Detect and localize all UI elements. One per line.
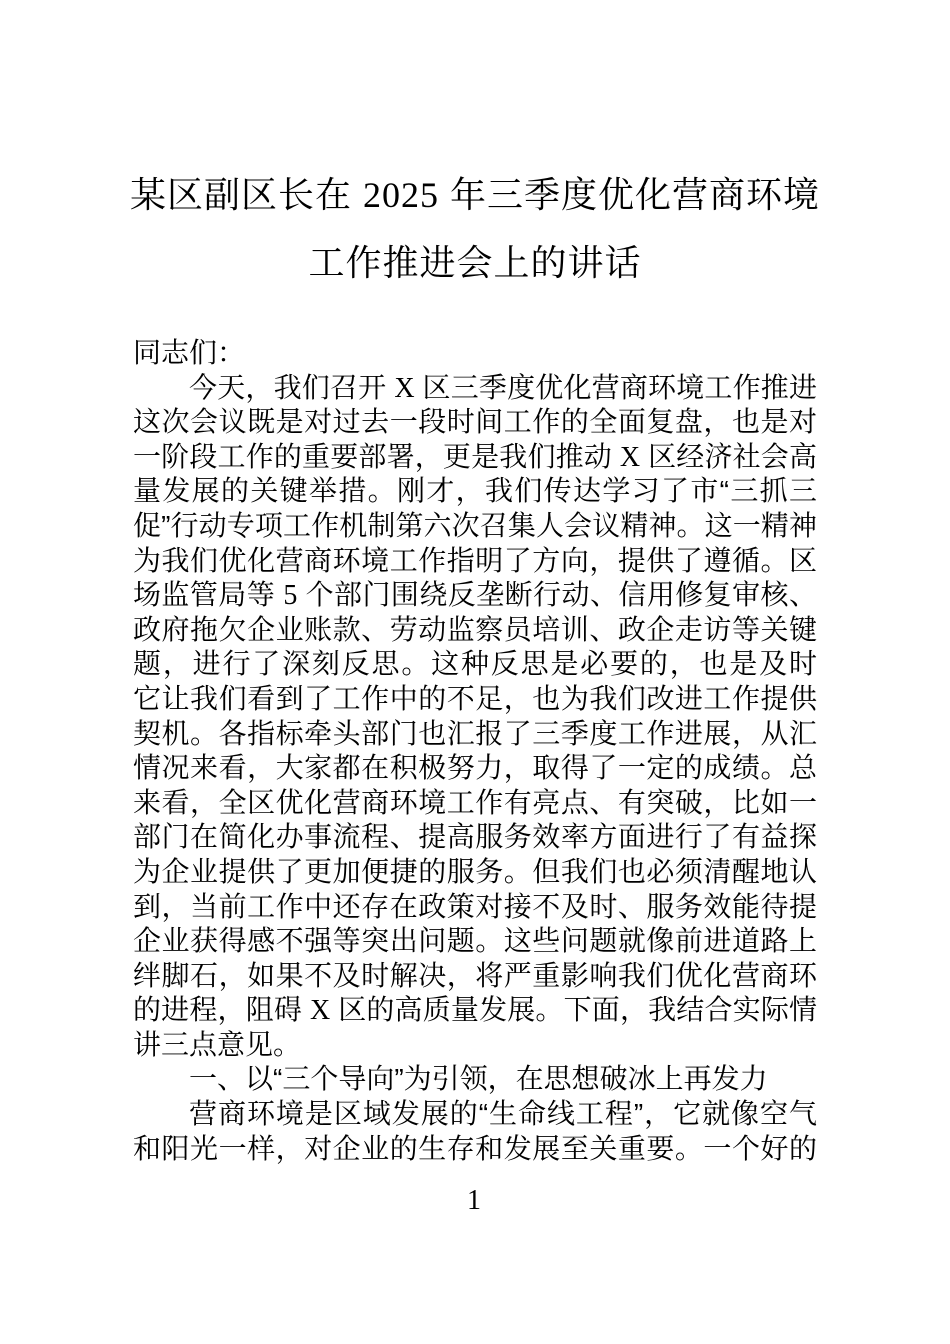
section-heading: 一、以“三个导向”为引领，在思想破冰上再发力 [133, 1062, 817, 1097]
latin-text: X [310, 995, 330, 1026]
text-line: 情况来看，大家都在积极努力，取得了一定的成绩。总体 [133, 751, 817, 786]
page-number: 1 [0, 1184, 948, 1218]
title-line-2: 工作推进会上的讲话 [0, 229, 950, 297]
document-page: 某区副区长在 2025 年三季度优化营商环境 工作推进会上的讲话 同志们：今天，… [0, 0, 950, 1344]
text-line: 一阶段工作的重要部署，更是我们推动 X 区经济社会高质 [133, 440, 817, 475]
text-line: 绊脚石，如果不及时解决，将严重影响我们优化营商环境 [133, 959, 817, 994]
text-line: 部门在简化办事流程、提高服务效率方面进行了有益探索 [133, 820, 817, 855]
text-line: 政府拖欠企业账款、劳动监察员培训、政企走访等关键问 [133, 613, 817, 648]
text-line: 企业获得感不强等突出问题。这些问题就像前进道路上的 [133, 924, 817, 959]
text-line: 题，进行了深刻反思。这种反思是必要的，也是及时的， [133, 647, 817, 682]
text-line: 为企业提供了更加便捷的服务。但我们也必须清醒地认识 [133, 855, 817, 890]
latin-text: 2025 [363, 175, 439, 215]
text-line: 促”行动专项工作机制第六次召集人会议精神。这一精神 [133, 509, 817, 544]
latin-text: X [394, 373, 414, 404]
text-line: 到，当前工作中还存在政策对接不及时、服务效能待提升 [133, 890, 817, 925]
text-line: 它让我们看到了工作中的不足，也为我们改进工作提供了 [133, 682, 817, 717]
text-line: 和阳光一样，对企业的生存和发展至关重要。一个好的营 [133, 1132, 817, 1167]
text-line: 同志们： [133, 336, 817, 371]
text-line: 讲三点意见。 [133, 1028, 817, 1063]
title-line-1: 某区副区长在 2025 年三季度优化营商环境 [0, 161, 950, 229]
latin-text: X [620, 442, 640, 473]
text-line: 今天，我们召开 X 区三季度优化营商环境工作推进会。 [133, 371, 817, 406]
text-line: 这次会议既是对过去一段时间工作的全面复盘，也是对下 [133, 405, 817, 440]
latin-text: 5 [283, 580, 297, 611]
text-line: 场监管局等 5 个部门围绕反垄断行动、信用修复审核、清理 [133, 578, 817, 613]
text-line: 契机。各指标牵头部门也汇报了三季度工作进展，从汇报 [133, 717, 817, 752]
document-body: 同志们：今天，我们召开 X 区三季度优化营商环境工作推进会。这次会议既是对过去一… [133, 336, 817, 1166]
text-line: 营商环境是区域发展的“生命线工程”，它就像空气 [133, 1097, 817, 1132]
text-line: 量发展的关键举措。刚才，我们传达学习了市“三抓三 [133, 474, 817, 509]
document-title: 某区副区长在 2025 年三季度优化营商环境 工作推进会上的讲话 [0, 161, 950, 297]
text-line: 来看，全区优化营商环境工作有亮点、有突破，比如一些 [133, 786, 817, 821]
text-line: 的进程，阻碍 X 区的高质量发展。下面，我结合实际情况， [133, 993, 817, 1028]
text-line: 为我们优化营商环境工作指明了方向，提供了遵循。区市 [133, 544, 817, 579]
